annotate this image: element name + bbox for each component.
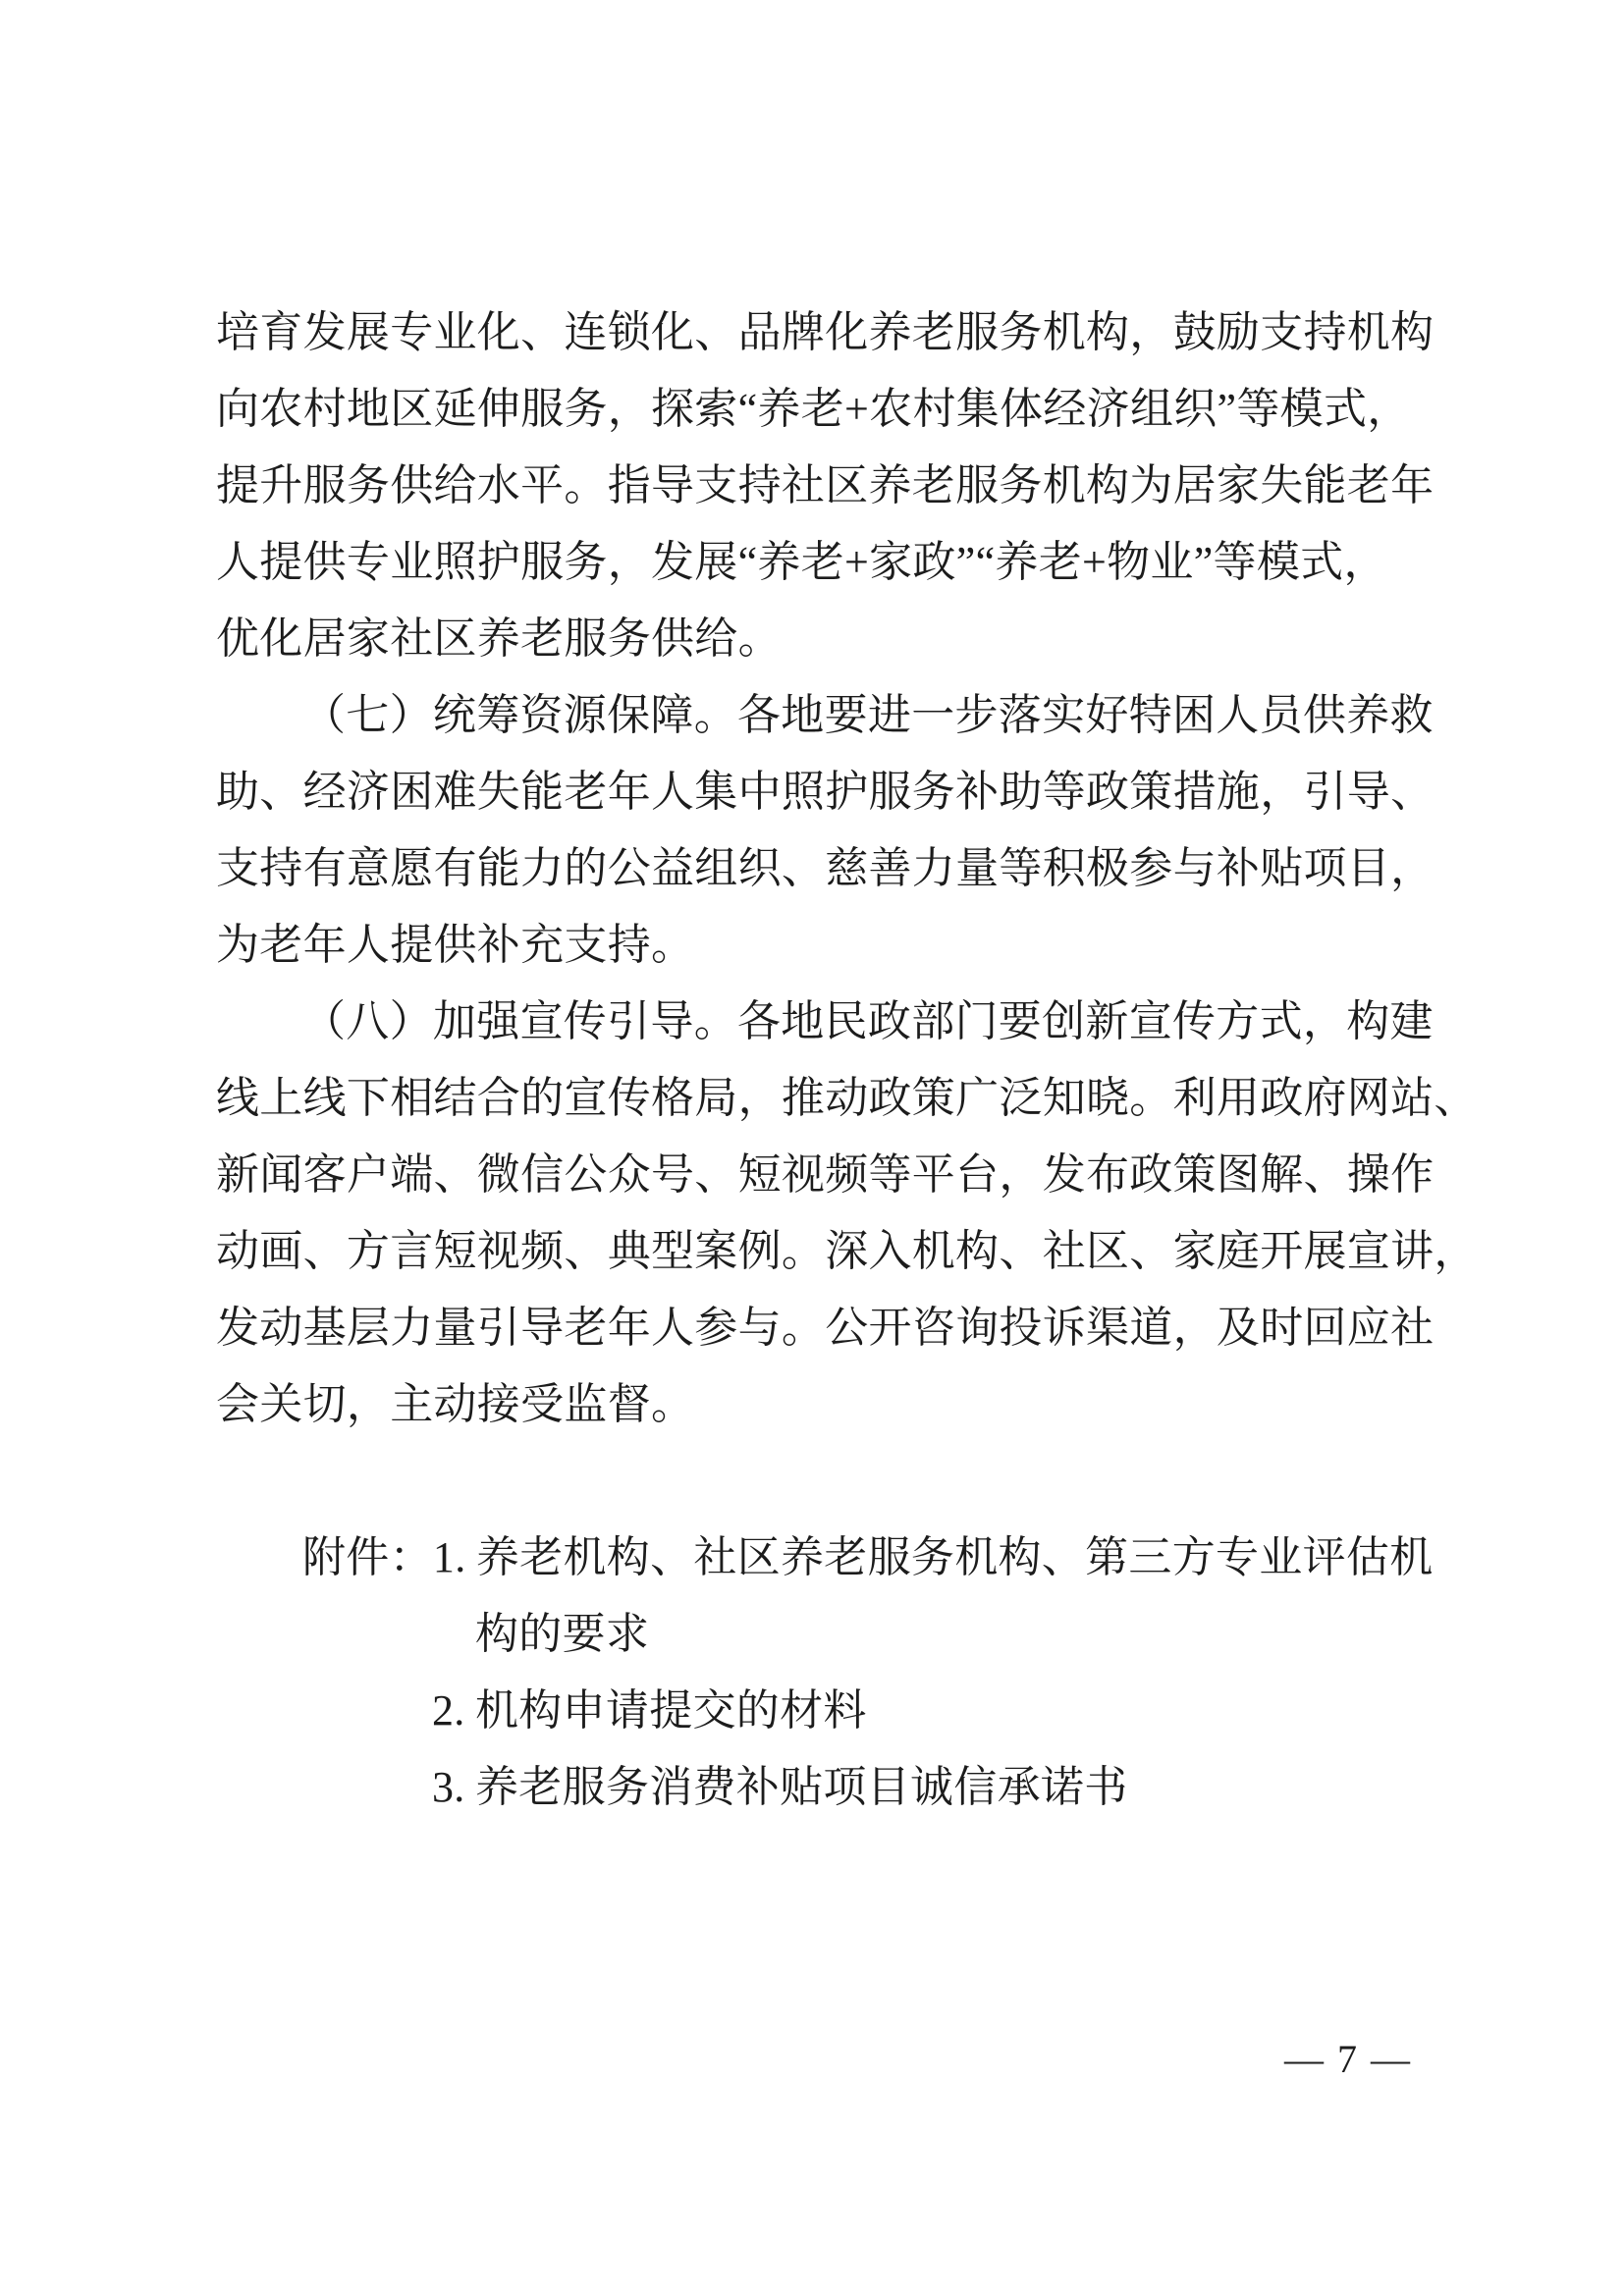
body-text-line: 支持有意愿有能力的公益组织、慈善力量等积极参与补贴项目，	[216, 830, 1434, 907]
body-text-line: 线上线下相结合的宣传格局，推动政策广泛知晓。利用政府网站、	[216, 1060, 1434, 1137]
body-text-line: 为老年人提供补充支持。	[216, 907, 1434, 984]
body-text-line: 培育发展专业化、连锁化、品牌化养老服务机构，鼓励支持机构	[216, 294, 1434, 371]
body-text-line: 优化居家社区养老服务供给。	[216, 601, 1434, 677]
body-text-line: 向农村地区延伸服务，探索“养老+农村集体经济组织”等模式，	[216, 371, 1434, 448]
attachment-item-text: 机构申请提交的材料	[475, 1686, 867, 1735]
attachment-item-number: 1.	[433, 1520, 476, 1596]
attachment-item-text: 构的要求	[475, 1610, 649, 1658]
body-text-line: （七）统筹资源保障。各地要进一步落实好特困人员供养救	[216, 677, 1434, 754]
page-number: — 7 —	[1284, 2040, 1412, 2079]
attachment-line: 附件：1.养老机构、社区养老服务机构、第三方专业评估机	[216, 1520, 1434, 1596]
attachment-item-number: 3.	[432, 1749, 475, 1826]
body-text-line: 发动基层力量引导老年人参与。公开咨询投诉渠道，及时回应社	[216, 1290, 1434, 1366]
attachments-label: 附件：	[302, 1533, 433, 1581]
body-text-line: 新闻客户端、微信公众号、短视频等平台，发布政策图解、操作	[216, 1137, 1434, 1213]
body-text-line: 人提供专业照护服务，发展“养老+家政”“养老+物业”等模式，	[216, 524, 1434, 601]
attachment-line: 3.养老服务消费补贴项目诚信承诺书	[216, 1749, 1434, 1826]
document-body: 培育发展专业化、连锁化、品牌化养老服务机构，鼓励支持机构 向农村地区延伸服务，探…	[216, 294, 1434, 1826]
body-text-line: 助、经济困难失能老年人集中照护服务补助等政策措施，引导、	[216, 754, 1434, 830]
attachment-line: 2.机构申请提交的材料	[216, 1673, 1434, 1749]
body-text-line: 提升服务供给水平。指导支持社区养老服务机构为居家失能老年	[216, 448, 1434, 524]
body-text-line: 动画、方言短视频、典型案例。深入机构、社区、家庭开展宣讲，	[216, 1213, 1434, 1290]
attachment-line: 构的要求	[216, 1596, 1434, 1673]
attachment-item-text: 养老服务消费补贴项目诚信承诺书	[475, 1763, 1128, 1811]
document-page: 培育发展专业化、连锁化、品牌化养老服务机构，鼓励支持机构 向农村地区延伸服务，探…	[0, 0, 1624, 2296]
attachment-item-number: 2.	[432, 1673, 475, 1749]
body-text-line: 会关切，主动接受监督。	[216, 1366, 1434, 1443]
vertical-gap	[216, 1443, 1434, 1520]
body-text-line: （八）加强宣传引导。各地民政部门要创新宣传方式，构建	[216, 984, 1434, 1060]
attachment-item-text: 养老机构、社区养老服务机构、第三方专业评估机	[476, 1533, 1434, 1581]
